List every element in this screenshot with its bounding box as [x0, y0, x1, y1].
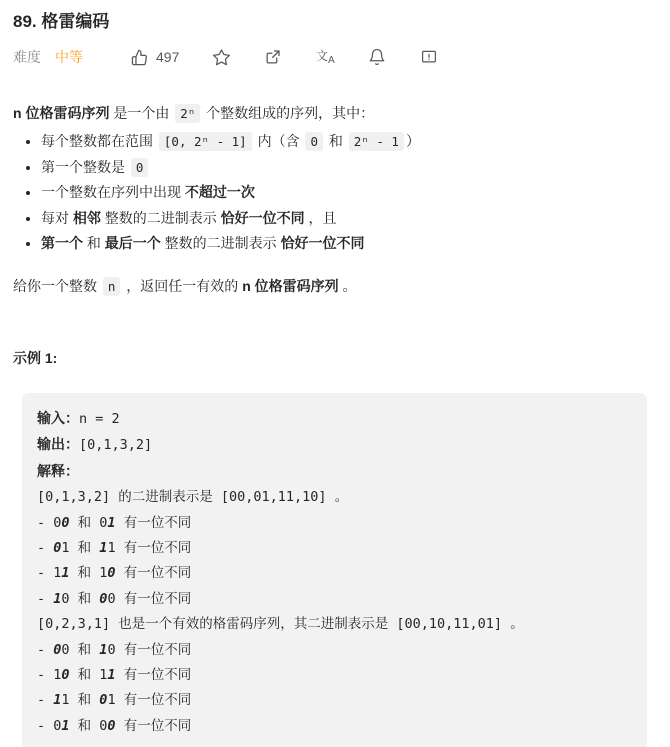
problem-task: 给你一个整数 n ，返回任一有效的 n 位格雷码序列 。: [13, 274, 657, 299]
text-segment: 0: [131, 158, 149, 177]
example-line: - 00 和 10 有一位不同: [37, 638, 632, 663]
favorite-button[interactable]: [211, 47, 231, 67]
example-block: 输入：n = 2输出：[0,1,3,2]解释：[0,1,3,2] 的二进制表示是…: [22, 393, 647, 747]
text-segment: -: [37, 591, 53, 607]
text-segment: 内（含: [254, 133, 304, 149]
text-segment: 一个整数在序列中出现: [41, 184, 185, 200]
text-segment: 第一个整数是: [41, 159, 129, 175]
text-segment: 每对: [41, 210, 73, 226]
text-segment: 0 和: [61, 591, 99, 607]
text-segment: 和: [83, 235, 105, 251]
text-segment: [0,1,3,2]: [79, 437, 152, 453]
example-line: 解释：: [37, 459, 632, 485]
text-segment: ）: [406, 133, 420, 149]
text-segment: n 位格雷码序列: [242, 278, 338, 294]
text-segment: 输入：: [37, 410, 79, 426]
problem-statement: n 位格雷码序列 是一个由 2ⁿ 个整数组成的序列，其中：: [13, 101, 657, 126]
text-segment: 不超过一次: [185, 184, 255, 200]
example-line: 输出：[0,1,3,2]: [37, 432, 632, 458]
feedback-button[interactable]: [419, 47, 439, 67]
text-segment: 相邻: [73, 210, 101, 226]
text-segment: 0 和: [61, 642, 99, 658]
example-line: - 00 和 01 有一位不同: [37, 511, 632, 536]
text-segment: 和 1: [70, 565, 108, 581]
example-line: - 11 和 10 有一位不同: [37, 561, 632, 586]
text-segment: 是一个由: [109, 105, 173, 121]
text-segment: n 位格雷码序列: [13, 105, 109, 121]
text-segment: 给你一个整数: [13, 278, 101, 294]
like-button[interactable]: 497: [131, 49, 179, 66]
text-segment: 0: [61, 667, 69, 683]
text-segment: - 1: [37, 667, 61, 683]
text-segment: -: [37, 692, 53, 708]
text-segment: 2ⁿ - 1: [349, 132, 404, 151]
example-line: - 01 和 11 有一位不同: [37, 536, 632, 561]
text-segment: 和 1: [70, 667, 108, 683]
notification-button[interactable]: [367, 47, 387, 67]
text-segment: ，且: [305, 210, 337, 226]
text-segment: 最后一个: [105, 235, 161, 251]
problem-meta-bar: 难度 中等 497 文A: [13, 46, 657, 68]
text-segment: 0: [107, 565, 115, 581]
text-segment: 0: [61, 515, 69, 531]
example-label: 示例 1:: [13, 346, 657, 371]
rules-list: 每个整数都在范围 [0, 2ⁿ - 1] 内（含 0 和 2ⁿ - 1）第一个整…: [13, 129, 657, 257]
text-segment: 解释：: [37, 463, 79, 479]
text-segment: 和: [325, 133, 347, 149]
example-line: [0,2,3,1] 也是一个有效的格雷码序列，其二进制表示是 [00,10,11…: [37, 612, 632, 637]
example-line: - 11 和 01 有一位不同: [37, 688, 632, 713]
example-line: - 10 和 00 有一位不同: [37, 587, 632, 612]
text-segment: ，返回任一有效的: [122, 278, 242, 294]
page-title: 89. 格雷编码: [13, 10, 657, 34]
text-segment: [0, 2ⁿ - 1]: [159, 132, 252, 151]
text-segment: 和 0: [70, 718, 108, 734]
text-segment: [0,2,3,1] 也是一个有效的格雷码序列，其二进制表示是 [00,10,11…: [37, 616, 524, 632]
bell-icon: [368, 48, 386, 66]
text-segment: 1: [107, 515, 115, 531]
example-line: - 01 和 00 有一位不同: [37, 714, 632, 739]
text-segment: 有一位不同: [116, 667, 192, 683]
difficulty-label: 难度: [13, 47, 41, 67]
example-line: - 10 和 11 有一位不同: [37, 663, 632, 688]
translate-icon: 文A: [316, 49, 335, 66]
star-icon: [212, 48, 231, 67]
text-segment: 恰好一位不同: [221, 210, 305, 226]
text-segment: 0 有一位不同: [107, 591, 191, 607]
text-segment: 恰好一位不同: [281, 235, 365, 251]
text-segment: 输出：: [37, 436, 79, 452]
problem-description: n 位格雷码序列 是一个由 2ⁿ 个整数组成的序列，其中： 每个整数都在范围 […: [13, 101, 657, 747]
text-segment: 0: [107, 718, 115, 734]
share-button[interactable]: [263, 47, 283, 67]
text-segment: 1: [107, 667, 115, 683]
share-icon: [264, 48, 282, 66]
text-segment: 整数的二进制表示: [161, 235, 281, 251]
text-segment: 第一个: [41, 235, 83, 251]
text-segment: n: [103, 277, 121, 296]
example-line: 输入：n = 2: [37, 406, 632, 432]
translate-button[interactable]: 文A: [315, 47, 335, 67]
like-count: 497: [156, 49, 179, 65]
text-segment: n = 2: [79, 411, 120, 427]
problem-page: 89. 格雷编码 难度 中等 497 文A: [0, 0, 670, 747]
difficulty-badge: 中等: [55, 47, 83, 67]
rule-item: 每个整数都在范围 [0, 2ⁿ - 1] 内（含 0 和 2ⁿ - 1）: [41, 129, 657, 155]
text-segment: 0 有一位不同: [107, 642, 191, 658]
text-segment: 每个整数都在范围: [41, 133, 157, 149]
example-line: [0,1,3,2] 的二进制表示是 [00,01,11,10] 。: [37, 485, 632, 510]
text-segment: 1 有一位不同: [107, 540, 191, 556]
text-segment: 2ⁿ: [175, 104, 200, 123]
text-segment: -: [37, 540, 53, 556]
rule-item: 第一个整数是 0: [41, 155, 657, 181]
text-segment: 。: [339, 278, 357, 294]
thumbs-up-icon: [131, 49, 148, 66]
text-segment: 1: [61, 718, 69, 734]
rule-item: 第一个 和 最后一个 整数的二进制表示 恰好一位不同: [41, 231, 657, 257]
text-segment: 1: [61, 565, 69, 581]
text-segment: -: [37, 642, 53, 658]
text-segment: 0: [305, 132, 323, 151]
text-segment: 和 0: [70, 515, 108, 531]
text-segment: 1 有一位不同: [107, 692, 191, 708]
text-segment: [0,1,3,2] 的二进制表示是 [00,01,11,10] 。: [37, 489, 348, 505]
text-segment: - 0: [37, 515, 61, 531]
text-segment: 有一位不同: [116, 515, 192, 531]
text-segment: 1 和: [61, 692, 99, 708]
text-segment: 有一位不同: [116, 565, 192, 581]
text-segment: - 1: [37, 565, 61, 581]
feedback-icon: [420, 48, 438, 66]
text-segment: 1 和: [61, 540, 99, 556]
text-segment: 个整数组成的序列，其中：: [202, 105, 374, 121]
text-segment: 整数的二进制表示: [101, 210, 221, 226]
text-segment: - 0: [37, 718, 61, 734]
rule-item: 每对 相邻 整数的二进制表示 恰好一位不同 ，且: [41, 206, 657, 232]
rule-item: 一个整数在序列中出现 不超过一次: [41, 180, 657, 206]
text-segment: 有一位不同: [116, 718, 192, 734]
